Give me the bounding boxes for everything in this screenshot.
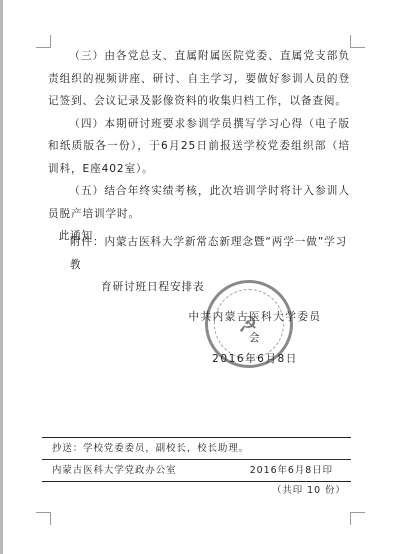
copy-to-row: 抄送：学校党委委员，副校长，校长助理。 (42, 438, 351, 460)
issuer-name: 内蒙古医科大学党政办公室 (52, 460, 177, 481)
signature-block: 中共内蒙古医科大学委员会 2016年6月8日 (185, 307, 325, 370)
attachment-title-line1: 内蒙古医科大学新常态新理念暨“两学一做”学习教 (70, 236, 347, 271)
attachment: 附件：内蒙古医科大学新常态新理念暨“两学一做”学习教 育研讨班日程安排表 (70, 231, 355, 299)
margin-corner-bottom-left (36, 512, 51, 525)
signing-organization: 中共内蒙古医科大学委员会 (185, 307, 325, 349)
paragraph-item-5: （五）结合年终实绩考核，此次培训学时将计入参训人员脱产培训学时。 (48, 180, 350, 225)
copy-to-text: 抄送：学校党委委员，副校长，校长助理。 (52, 438, 249, 459)
print-date: 2016年6月8日印 (250, 460, 351, 481)
issuer-row: 内蒙古医科大学党政办公室 2016年6月8日印 (42, 460, 351, 481)
signing-date: 2016年6月8日 (185, 349, 325, 370)
margin-corner-top-right (350, 35, 365, 48)
attachment-label: 附件： (70, 236, 104, 248)
distribution-box: 抄送：学校党委委员，副校长，校长助理。 内蒙古医科大学党政办公室 2016年6月… (42, 437, 351, 482)
margin-corner-bottom-right (350, 512, 365, 525)
page-left-edge (0, 0, 3, 554)
copies-count: （共印 10 份） (272, 482, 346, 496)
document-body: （三）由各党总支、直属附属医院党委、直属党支部负责组织的视频讲座、研讨、自主学习… (48, 45, 350, 248)
attachment-title-line2: 育研讨班日程安排表 (70, 276, 355, 299)
paragraph-item-4: （四）本期研讨班要求参训学员撰写学习心得（电子版和纸质版各一份），于6月25日前… (48, 113, 350, 181)
paragraph-item-3: （三）由各党总支、直属附属医院党委、直属党支部负责组织的视频讲座、研讨、自主学习… (48, 45, 350, 113)
